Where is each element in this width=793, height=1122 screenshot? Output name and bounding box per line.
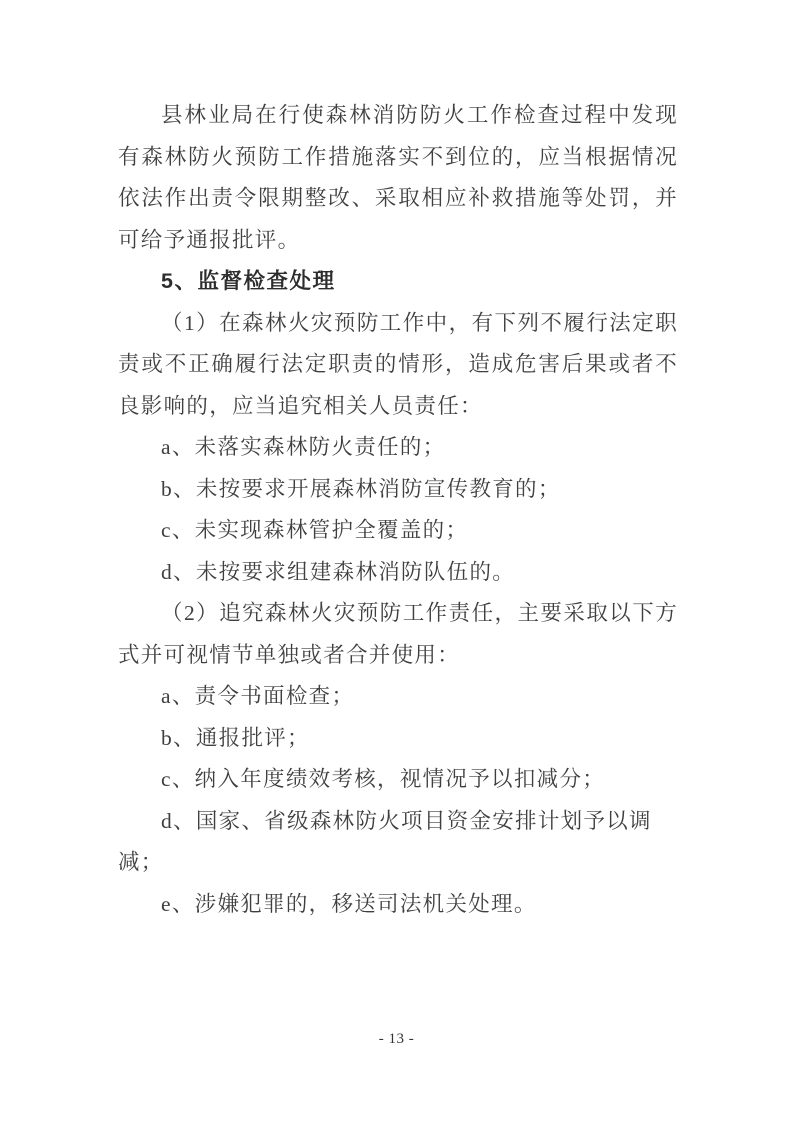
document-body: 县林业局在行使森林消防防火工作检查过程中发现有森林防火预防工作措施落实不到位的，…: [118, 95, 678, 925]
paragraph-clause-1: （1）在森林火灾预防工作中，有下列不履行法定职责或不正确履行法定职责的情形，造成…: [118, 303, 678, 428]
list-item-2b: b、通报批评；: [118, 718, 678, 760]
list-item-1c: c、未实现森林管护全覆盖的；: [118, 510, 678, 552]
paragraph-inspection-penalty: 县林业局在行使森林消防防火工作检查过程中发现有森林防火预防工作措施落实不到位的，…: [118, 95, 678, 261]
list-item-2e: e、涉嫌犯罪的，移送司法机关处理。: [118, 884, 678, 926]
list-item-1b: b、未按要求开展森林消防宣传教育的；: [118, 469, 678, 511]
paragraph-clause-2: （2）追究森林火灾预防工作责任，主要采取以下方式并可视情节单独或者合并使用：: [118, 593, 678, 676]
list-item-2c: c、纳入年度绩效考核，视情况予以扣减分；: [118, 759, 678, 801]
section-heading-supervision: 5、监督检查处理: [118, 261, 678, 303]
list-item-2a: a、责令书面检查；: [118, 676, 678, 718]
document-page: 县林业局在行使森林消防防火工作检查过程中发现有森林防火预防工作措施落实不到位的，…: [0, 0, 793, 1122]
list-item-1d: d、未按要求组建森林消防队伍的。: [118, 552, 678, 594]
page-number: - 13 -: [0, 1031, 793, 1048]
list-item-1a: a、未落实森林防火责任的；: [118, 427, 678, 469]
list-item-2d: d、国家、省级森林防火项目资金安排计划予以调减；: [118, 801, 678, 884]
